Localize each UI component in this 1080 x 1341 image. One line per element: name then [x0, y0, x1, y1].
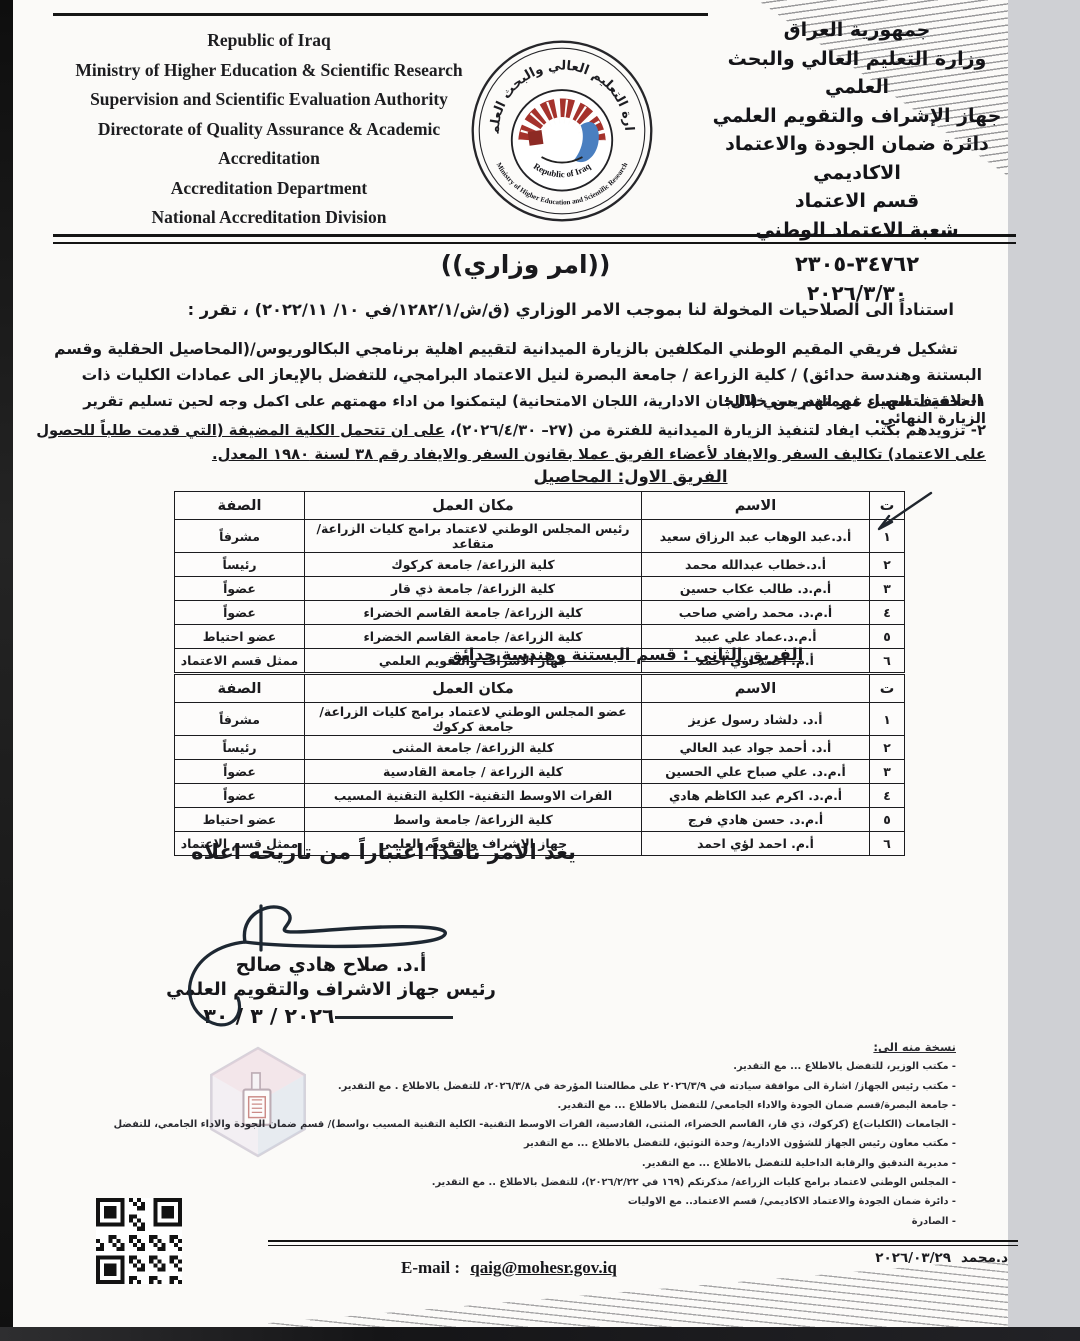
team1-header-row: ت الاسم مكان العمل الصفة: [175, 492, 905, 520]
order-item-2-lead: ٢- تزويدهم بكتب ايفاد لتنفيذ الزيارة الم…: [574, 422, 986, 439]
cell-workplace: كلية الزراعة / جامعة القادسية: [305, 760, 642, 784]
column-header-workplace: مكان العمل: [305, 675, 642, 703]
order-item-2-separator: ،: [445, 422, 456, 439]
closing-statement: يعد الامر نافذاً اعتباراً من تاريخه اعلا…: [131, 840, 636, 864]
cell-workplace: عضو المجلس الوطني لاعتماد برامج كليات ال…: [305, 703, 642, 736]
cell-index: ٥: [870, 808, 905, 832]
order-item-2-period: (٢٧– ٢٠٢٦/٤/٣٠): [455, 422, 573, 439]
email-address: qaig@mohesr.gov.iq: [470, 1258, 617, 1277]
column-header-workplace: مكان العمل: [305, 492, 642, 520]
cell-name: أ.د.خطاب عبدالله محمد: [642, 553, 870, 577]
letterhead-arabic-line: جهاز الإشراف والتقويم العلمي: [701, 102, 1013, 131]
cell-workplace: كلية الزراعة/ جامعة القاسم الخضراء: [305, 601, 642, 625]
cell-index: ١: [870, 703, 905, 736]
distribution-item: - الجامعات (الكليات)غ (كركوك، ذي قار، ال…: [113, 1115, 956, 1134]
cell-name: أ.م.د. طالب عكاب حسين: [642, 577, 870, 601]
cell-workplace: كلية الزراعة/ جامعة المثنى: [305, 736, 642, 760]
cell-index: ٢: [870, 553, 905, 577]
order-intro-reference: (ق/ش/١٢٨٢/١/في ١٠/ ٢٠٢٢/١١): [255, 300, 510, 319]
cell-role: عضواً: [175, 577, 305, 601]
signatory-title: رئيس جهاز الاشراف والتقويم العلمي: [161, 979, 501, 1000]
letterhead-english-line: Supervision and Scientific Evaluation Au…: [55, 85, 483, 115]
distribution-item: - مكتب رئيس الجهاز/ اشارة الى موافقة سيا…: [113, 1077, 956, 1096]
order-intro: استناداً الى الصلاحيات المخولة لنا بموجب…: [45, 300, 980, 319]
team2-header-row: ت الاسم مكان العمل الصفة: [175, 675, 905, 703]
table-row: ٢ أ.د. أحمد جواد عبد العالي كلية الزراعة…: [175, 736, 905, 760]
letterhead-english-line: National Accreditation Division: [55, 203, 483, 233]
clerk-initials: د.محمد: [961, 1250, 1008, 1266]
header-top-rule: [53, 13, 708, 16]
cell-name: أ.د. دلشاد رسول عزيز: [642, 703, 870, 736]
table-row: ٥ أ.م.د. حسن هادي فرج كلية الزراعة/ جامع…: [175, 808, 905, 832]
distribution-item: - دائرة ضمان الجودة والاعتماد الاكاديمي/…: [113, 1192, 956, 1211]
team2-table: ت الاسم مكان العمل الصفة ١ أ.د. دلشاد رس…: [174, 674, 905, 856]
letterhead-english-line: Accreditation Department: [55, 174, 483, 204]
table-row: ١ أ.د. دلشاد رسول عزيز عضو المجلس الوطني…: [175, 703, 905, 736]
letterhead-arabic-line: شعبة الاعتماد الوطني: [701, 216, 1013, 245]
cell-workplace: كلية الزراعة/ جامعة واسط: [305, 808, 642, 832]
distribution-item: - جامعة البصرة/قسم ضمان الجودة والاداء ا…: [113, 1096, 956, 1115]
cell-workplace: الفرات الاوسط التقنية- الكلية التقنية ال…: [305, 784, 642, 808]
distribution-item: - الصادرة: [113, 1212, 956, 1231]
table-row: ٤ أ.م.د. اكرم عبد الكاظم هادي الفرات الا…: [175, 784, 905, 808]
email-label: E-mail :: [401, 1258, 460, 1277]
scanned-official-letter: { "document": { "reference": { "number":…: [0, 0, 1080, 1341]
column-header-role: الصفة: [175, 675, 305, 703]
qr-code: [93, 1198, 185, 1284]
cell-name: أ.م.د. علي صباح علي الحسين: [642, 760, 870, 784]
cell-index: ٣: [870, 577, 905, 601]
column-header-name: الاسم: [642, 675, 870, 703]
signature-date: ٢٠٢٦ / ٣ / ٣٠: [203, 1004, 334, 1028]
distribution-item: - مكتب معاون رئيس الجهاز للشؤون الادارية…: [113, 1134, 956, 1153]
clerk-annotation: د.محمد٢٠٢٦/٠٣/٢٩: [803, 1250, 1008, 1266]
letterhead-arabic-line: وزارة التعليم العالي والبحث العلمي: [701, 45, 1013, 102]
table-row: ٣ أ.م.د. علي صباح علي الحسين كلية الزراع…: [175, 760, 905, 784]
distribution-heading: نسخة منه الى:: [113, 1038, 956, 1057]
cell-name: أ.م.د. اكرم عبد الكاظم هادي: [642, 784, 870, 808]
letterhead-english-line: Ministry of Higher Education & Scientifi…: [55, 56, 483, 86]
cell-role: رئيساً: [175, 553, 305, 577]
column-header-index: ت: [870, 675, 905, 703]
team1-heading: الفريق الاول: المحاصيل: [253, 467, 1008, 486]
distribution-item: - مكتب الوزير، للتفضل بالاطلاع ... مع ال…: [113, 1057, 956, 1076]
order-item-2: ٢- تزويدهم بكتب ايفاد لتنفيذ الزيارة الم…: [31, 419, 986, 467]
order-intro-tail: ، تقرر :: [188, 300, 255, 319]
cell-role: رئيساً: [175, 736, 305, 760]
column-header-role: الصفة: [175, 492, 305, 520]
ministry-seal-logo: وزارة التعليم العالي والبحث العلمي Repub…: [469, 38, 655, 224]
signatory-name: أ.د. صلاح هادي صالح: [161, 954, 501, 976]
cell-index: ٤: [870, 601, 905, 625]
signature-block: أ.د. صلاح هادي صالح رئيس جهاز الاشراف وا…: [161, 888, 501, 1028]
cell-workplace: كلية الزراعة/ جامعة ذي قار: [305, 577, 642, 601]
team2-heading: الفريق الثاني : قسم البستنة وهندسة حدائق: [238, 645, 1013, 664]
cell-workplace: كلية الزراعة/ جامعة كركوك: [305, 553, 642, 577]
scan-left-edge: [0, 0, 13, 1341]
cell-index: ٦: [870, 832, 905, 856]
signature-date-line: ٢٠٢٦ / ٣ / ٣٠: [161, 1004, 501, 1028]
letterhead-arabic-line: قسم الاعتماد: [701, 187, 1013, 216]
distribution-item: - المجلس الوطني لاعتماد برامج كليات الزر…: [113, 1173, 956, 1192]
document-page: Republic of IraqMinistry of Higher Educa…: [13, 0, 1008, 1327]
scan-bottom-edge: [0, 1327, 1080, 1341]
order-title: ((امر وزاري)): [43, 250, 1008, 279]
cell-role: مشرفاً: [175, 703, 305, 736]
footer-rule: [268, 1240, 1018, 1246]
ministry-seal-icon: وزارة التعليم العالي والبحث العلمي Repub…: [469, 38, 655, 224]
letterhead-english: Republic of IraqMinistry of Higher Educa…: [55, 26, 483, 233]
distribution-list: نسخة منه الى: - مكتب الوزير، للتفضل بالا…: [113, 1038, 956, 1231]
signature-underline: [335, 1016, 453, 1019]
cell-name: أ.د. أحمد جواد عبد العالي: [642, 736, 870, 760]
table-row: ٢ أ.د.خطاب عبدالله محمد كلية الزراعة/ جا…: [175, 553, 905, 577]
table-row: ٣ أ.م.د. طالب عكاب حسين كلية الزراعة/ جا…: [175, 577, 905, 601]
letterhead-english-line: Republic of Iraq: [55, 26, 483, 56]
cell-role: مشرفاً: [175, 520, 305, 553]
cell-name: أ.م.د. محمد راضي صاحب: [642, 601, 870, 625]
letterhead-arabic-line: دائرة ضمان الجودة والاعتماد الاكاديمي: [701, 130, 1013, 187]
cell-index: ٤: [870, 784, 905, 808]
email-line: E-mail : qaig@mohesr.gov.iq: [401, 1258, 617, 1278]
cell-name: أ.م. احمد لؤي احمد: [642, 832, 870, 856]
cell-index: ٣: [870, 760, 905, 784]
cell-role: عضو احتياط: [175, 808, 305, 832]
cell-index: ٢: [870, 736, 905, 760]
table-row: ٤ أ.م.د. محمد راضي صاحب كلية الزراعة/ جا…: [175, 601, 905, 625]
cell-role: عضواً: [175, 760, 305, 784]
handwritten-check-arrow: [865, 486, 937, 548]
cell-name: أ.د.عبد الوهاب عبد الرزاق سعيد: [642, 520, 870, 553]
table-row: ١ أ.د.عبد الوهاب عبد الرزاق سعيد رئيس ال…: [175, 520, 905, 553]
distribution-item: - مديرية التدقيق والرقابة الداخلية للتفض…: [113, 1154, 956, 1173]
cell-role: عضواً: [175, 601, 305, 625]
qr-code-icon: [93, 1198, 185, 1284]
cell-name: أ.م.د. حسن هادي فرج: [642, 808, 870, 832]
cell-role: عضواً: [175, 784, 305, 808]
order-intro-lead: استناداً الى الصلاحيات المخولة لنا بموجب…: [510, 300, 954, 319]
clerk-date: ٢٠٢٦/٠٣/٢٩: [875, 1250, 951, 1266]
column-header-name: الاسم: [642, 492, 870, 520]
letterhead-english-line: Directorate of Quality Assurance & Acade…: [55, 115, 483, 174]
cell-workplace: رئيس المجلس الوطني لاعتماد برامج كليات ا…: [305, 520, 642, 553]
letterhead-arabic-line: جمهورية العراق: [701, 16, 1013, 45]
